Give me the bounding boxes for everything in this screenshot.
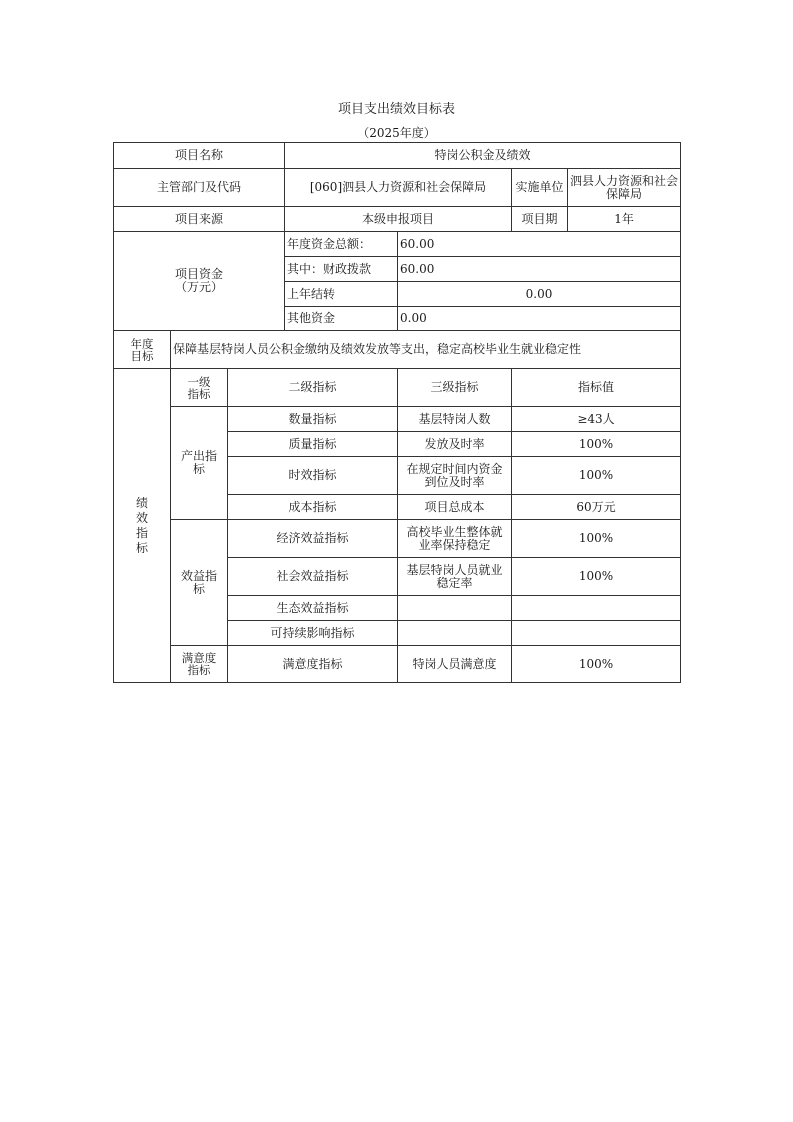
funds-row-label: 其中：财政拨款 [285, 257, 398, 282]
value-cell [512, 621, 681, 646]
dept-value: [060]泗县人力资源和社会保障局 [285, 169, 512, 207]
level1-benefit: 效益指标 [171, 520, 228, 646]
header-level1-line1: 一级 [173, 376, 225, 388]
level3-cell: 高校毕业生整体就业率保持稳定 [398, 520, 512, 558]
header-level1-line2: 指标 [173, 388, 225, 400]
level1-satisfaction: 满意度指标 [171, 646, 228, 683]
funds-row-value: 0.00 [398, 282, 681, 307]
annual-goal-label: 年度 目标 [114, 331, 171, 369]
level2-cell: 可持续影响指标 [228, 621, 398, 646]
annual-goal-label-line2: 目标 [116, 350, 168, 362]
level1-output: 产出指标 [171, 407, 228, 520]
impl-unit-label: 实施单位 [512, 169, 568, 207]
source-value: 本级申报项目 [285, 207, 512, 232]
annual-goal-label-line1: 年度 [116, 338, 168, 350]
level2-cell: 成本指标 [228, 495, 398, 520]
header-level1: 一级 指标 [171, 369, 228, 407]
header-level3: 三级指标 [398, 369, 512, 407]
source-label: 项目来源 [114, 207, 285, 232]
value-cell: ≥43人 [512, 407, 681, 432]
level2-cell: 经济效益指标 [228, 520, 398, 558]
level2-cell: 生态效益指标 [228, 596, 398, 621]
level3-cell [398, 621, 512, 646]
level2-cell: 质量指标 [228, 432, 398, 457]
funds-label: 项目资金 （万元） [114, 232, 285, 331]
level3-cell: 发放及时率 [398, 432, 512, 457]
funds-row-label: 其他资金 [285, 307, 398, 331]
level2-cell: 时效指标 [228, 457, 398, 495]
level3-cell: 项目总成本 [398, 495, 512, 520]
value-cell [512, 596, 681, 621]
value-cell: 100% [512, 432, 681, 457]
project-name-label: 项目名称 [114, 143, 285, 169]
level2-cell: 社会效益指标 [228, 558, 398, 596]
funds-row-value: 0.00 [398, 307, 681, 331]
level3-cell: 基层特岗人员就业稳定率 [398, 558, 512, 596]
value-cell: 100% [512, 646, 681, 683]
impl-unit-value: 泗县人力资源和社会保障局 [568, 169, 681, 207]
value-cell: 100% [512, 558, 681, 596]
funds-row-value: 60.00 [398, 257, 681, 282]
funds-row-label: 年度资金总额： [285, 232, 398, 257]
funds-row-label: 上年结转 [285, 282, 398, 307]
dept-label: 主管部门及代码 [114, 169, 285, 207]
document-title: 项目支出绩效目标表 [0, 98, 793, 117]
period-value: 1年 [568, 207, 681, 232]
performance-target-table: 项目名称 特岗公积金及绩效 主管部门及代码 [060]泗县人力资源和社会保障局 … [113, 142, 681, 683]
project-name-value: 特岗公积金及绩效 [285, 143, 681, 169]
funds-row-value: 60.00 [398, 232, 681, 257]
level3-cell [398, 596, 512, 621]
value-cell: 60万元 [512, 495, 681, 520]
funds-label-line2: （万元） [116, 281, 282, 294]
period-label: 项目期 [512, 207, 568, 232]
level3-cell: 在规定时间内资金到位及时率 [398, 457, 512, 495]
level2-cell: 满意度指标 [228, 646, 398, 683]
header-value: 指标值 [512, 369, 681, 407]
document-subtitle: （2025年度） [0, 124, 793, 141]
indicators-section-label: 绩 效 指 标 [114, 369, 171, 683]
annual-goal-text: 保障基层特岗人员公积金缴纳及绩效发放等支出，稳定高校毕业生就业稳定性 [171, 331, 681, 369]
level2-cell: 数量指标 [228, 407, 398, 432]
level3-cell: 特岗人员满意度 [398, 646, 512, 683]
header-level2: 二级指标 [228, 369, 398, 407]
level3-cell: 基层特岗人数 [398, 407, 512, 432]
value-cell: 100% [512, 457, 681, 495]
value-cell: 100% [512, 520, 681, 558]
